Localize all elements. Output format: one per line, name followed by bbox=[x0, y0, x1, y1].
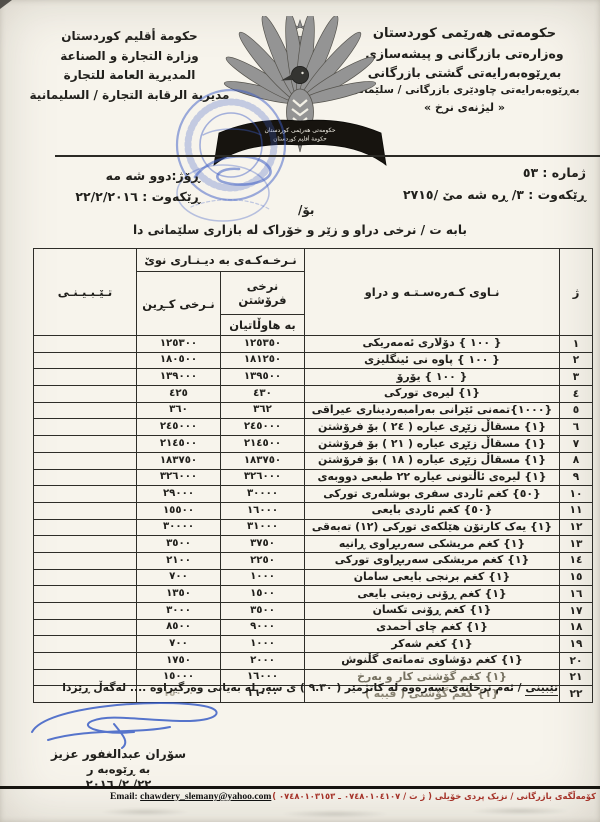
row-number: ١٣ bbox=[560, 536, 593, 553]
row-number: ٩ bbox=[560, 469, 593, 486]
item-name: {٥٠} کغم ئاردی سفری بوشلەری تورکی bbox=[305, 486, 560, 503]
buy-price: ٧٠٠ bbox=[137, 569, 221, 586]
table-row: ٢{ ١٠٠ } پاوه نی ئینگلیزی١٨١٢٥٠١٨٠٥٠٠ bbox=[34, 352, 593, 369]
note-cell bbox=[34, 402, 137, 419]
sell-price: ٢٠٠٠ bbox=[221, 653, 305, 670]
col-header-number: ژ bbox=[560, 249, 593, 336]
row-number: ١٠ bbox=[560, 486, 593, 503]
note-cell bbox=[34, 502, 137, 519]
sell-price: ١٨٣٧٥٠ bbox=[221, 452, 305, 469]
note-cell bbox=[34, 619, 137, 636]
sell-price: ١٠٠٠ bbox=[221, 636, 305, 653]
buy-price: ٣٥٠٠ bbox=[137, 536, 221, 553]
col-header-sell-sub: به هاوڵاتیان bbox=[221, 315, 305, 336]
footer-email: Email: chawdery_slemany@yahoo.com bbox=[110, 791, 271, 802]
footer-row: کۆمەڵگەی بازرگانی / نزیک پردی خۆیلی ( ژ … bbox=[110, 791, 596, 802]
signature-date: ٢٢/ ٢/ ٢٠١٦ bbox=[16, 777, 221, 791]
row-number: ٢١ bbox=[560, 669, 593, 686]
doc-meta-left: ڕۆژ:دوو شه مه ڕێکەوت : ٢٢/٢/٢٠١٦ bbox=[28, 165, 200, 207]
table-row: ١{ ١٠٠ } دۆلاری ئەمەریکی١٢٥٣٥٠١٢٥٣٠٠ bbox=[34, 336, 593, 353]
note-cell bbox=[34, 452, 137, 469]
row-number: ٧ bbox=[560, 436, 593, 453]
buy-price: ١٣٥٠ bbox=[137, 586, 221, 603]
buy-price: ٢٤٥٠٠٠ bbox=[137, 419, 221, 436]
price-table-body: ١{ ١٠٠ } دۆلاری ئەمەریکی١٢٥٣٥٠١٢٥٣٠٠٢{ ١… bbox=[34, 336, 593, 703]
row-number: ٢٢ bbox=[560, 686, 593, 703]
row-number: ١١ bbox=[560, 502, 593, 519]
scan-smudge bbox=[280, 810, 390, 818]
item-name: {١} مسقاڵ زێڕی عیاره ( ٢٤ ) بۆ فرۆشتن bbox=[305, 419, 560, 436]
row-number: ١٩ bbox=[560, 636, 593, 653]
buy-price: ٤٢٥ bbox=[137, 386, 221, 403]
item-name: {١} کغم شەکر bbox=[305, 636, 560, 653]
eagle-head bbox=[291, 66, 308, 83]
sell-price: ١٢٥٣٥٠ bbox=[221, 336, 305, 353]
sell-price: ١٠٠٠ bbox=[221, 569, 305, 586]
price-table-header: ژ نـاوی کـەرەسـتـە و دراو نـرخـەکـەی بە … bbox=[34, 249, 593, 336]
note-cell bbox=[34, 552, 137, 569]
row-number: ١٤ bbox=[560, 552, 593, 569]
row-number: ١٥ bbox=[560, 569, 593, 586]
sell-price: ١٣٩٥٠٠ bbox=[221, 369, 305, 386]
price-table: ژ نـاوی کـەرەسـتـە و دراو نـرخـەکـەی بە … bbox=[33, 248, 593, 703]
table-row: ٩{١} لیرەی ئاڵتونی عیاره ٢٢ طبعی دووبەی٣… bbox=[34, 469, 593, 486]
sell-price: ٢٤٥٠٠٠ bbox=[221, 419, 305, 436]
to-label: بۆ/ bbox=[298, 203, 314, 217]
buy-price: ٣٢٦٠٠٠ bbox=[137, 469, 221, 486]
subject-line: بابه ت / نرخی دراو و زێر و خۆراک له بازا… bbox=[0, 223, 600, 237]
sell-price: ٣٥٠٠ bbox=[221, 603, 305, 620]
item-name: {١} کغم ڕۆنی زەیتی بایعی bbox=[305, 586, 560, 603]
item-name: {١} کغم دۆشاوی تەماتەی گڵنوش bbox=[305, 653, 560, 670]
col-header-buy-price: نـرخی کـڕین bbox=[137, 272, 221, 336]
note-cell bbox=[34, 469, 137, 486]
email-label: Email: bbox=[110, 791, 138, 802]
buy-price: ١٧٥٠ bbox=[137, 653, 221, 670]
table-row: ١٢{١} یەک کارتۆن هێلکەی تورکی (١٢) تەبەق… bbox=[34, 519, 593, 536]
table-row: ٣{ ١٠٠ } یۆرۆ١٣٩٥٠٠١٣٩٠٠٠ bbox=[34, 369, 593, 386]
item-name: { ١٠٠ } یۆرۆ bbox=[305, 369, 560, 386]
row-number: ٥ bbox=[560, 402, 593, 419]
buy-price: ١٥٥٠٠ bbox=[137, 502, 221, 519]
signature-scribble-icon bbox=[18, 696, 233, 752]
table-row: ١١{٥٠} کغم ئاردی بایعی١٦٠٠٠١٥٥٠٠ bbox=[34, 502, 593, 519]
sell-price: ٢١٤٥٠٠ bbox=[221, 436, 305, 453]
note-cell bbox=[34, 586, 137, 603]
row-number: ١٨ bbox=[560, 619, 593, 636]
buy-price: ١٨٠٥٠٠ bbox=[137, 352, 221, 369]
item-name: {١} کغم چای أحمدی bbox=[305, 619, 560, 636]
buy-price: ٢١٤٥٠٠ bbox=[137, 436, 221, 453]
buy-price: ١٨٣٧٥٠ bbox=[137, 452, 221, 469]
col-header-sell-price: نرخی فرۆشتن bbox=[221, 272, 305, 315]
table-row: ١٠{٥٠} کغم ئاردی سفری بوشلەری تورکی٣٠٠٠٠… bbox=[34, 486, 593, 503]
col-header-price-group: نـرخـەکـەی بە دیـنـاری نوێ bbox=[137, 249, 305, 272]
item-name: {١} لیرەی تورکی bbox=[305, 386, 560, 403]
sell-price-label: نرخی فرۆشتن bbox=[237, 279, 289, 307]
footnote-line: تێبینی / ئەم نرخانەی سەرەوە لە کاتژمێر (… bbox=[38, 681, 558, 694]
col-header-item-name: نـاوی کـەرەسـتـە و دراو bbox=[305, 249, 560, 336]
sell-price: ١٨١٢٥٠ bbox=[221, 352, 305, 369]
signatory-title: به ڕێوەبە ر bbox=[16, 762, 221, 777]
table-row: ١٩{١} کغم شەکر١٠٠٠٧٠٠ bbox=[34, 636, 593, 653]
table-row: ١٧{١} کغم ڕۆنی تکسان٣٥٠٠٣٠٠٠ bbox=[34, 603, 593, 620]
row-number: ١٦ bbox=[560, 586, 593, 603]
row-number: ١ bbox=[560, 336, 593, 353]
table-row: ٢٠{١} کغم دۆشاوی تەماتەی گڵنوش٢٠٠٠١٧٥٠ bbox=[34, 653, 593, 670]
table-row: ١٤{١} کغم مریشکی سەربڕاوی تورکی٢٢٥٠٢١٠٠ bbox=[34, 552, 593, 569]
signature-block: سۆران عبدالغفور عزیز به ڕێوەبە ر ٢٢/ ٢/ … bbox=[16, 747, 221, 791]
buy-price: ٧٠٠ bbox=[137, 636, 221, 653]
row-number: ٢٠ bbox=[560, 653, 593, 670]
sell-price: ٣٠٠٠٠ bbox=[221, 486, 305, 503]
sell-price: ٣١٠٠٠ bbox=[221, 519, 305, 536]
krg-eagle-emblem-icon: حکومەتی هەرێمی کوردستان حكومة أقليم كورد… bbox=[205, 16, 395, 168]
signatory-name: سۆران عبدالغفور عزیز bbox=[16, 747, 221, 762]
footer-address: کۆمەڵگەی بازرگانی / نزیک پردی خۆیلی ( ژ … bbox=[272, 791, 596, 801]
footnote-label: تێبینی bbox=[525, 681, 558, 696]
doc-date-kurdish: ڕێکەوت : ٣/ ڕه شه مێ /٢٧١٥ bbox=[356, 184, 586, 206]
table-row: ٧{١} مسقاڵ زێڕی عیاره ( ٢١ ) بۆ فرۆشتن٢١… bbox=[34, 436, 593, 453]
note-cell bbox=[34, 569, 137, 586]
buy-price: ١٢٥٣٠٠ bbox=[137, 336, 221, 353]
item-name: {٥٠} کغم ئاردی بایعی bbox=[305, 502, 560, 519]
scan-corner-artifact bbox=[0, 0, 12, 9]
item-name: { ١٠٠ } دۆلاری ئەمەریکی bbox=[305, 336, 560, 353]
eagle-eye bbox=[301, 72, 303, 74]
row-number: ١٢ bbox=[560, 519, 593, 536]
header-divider-line bbox=[55, 155, 600, 157]
scan-smudge bbox=[100, 808, 190, 816]
note-cell bbox=[34, 519, 137, 536]
item-name: {١٠٠٠}تمەنی ئێرانی بەرامبەردیناری عیراقی bbox=[305, 402, 560, 419]
buy-price: ٣٠٠٠ bbox=[137, 603, 221, 620]
item-name: {١} کغم مریشکی سەربڕاوی تورکی bbox=[305, 552, 560, 569]
table-row: ١٣{١} کغم مریشکی سەربڕاوی ڕانیە٣٧٥٠٣٥٠٠ bbox=[34, 536, 593, 553]
item-name: {١} کغم برنجی بایعی سامان bbox=[305, 569, 560, 586]
row-number: ٤ bbox=[560, 386, 593, 403]
note-cell bbox=[34, 352, 137, 369]
table-row: ٦{١} مسقاڵ زێڕی عیاره ( ٢٤ ) بۆ فرۆشتن٢٤… bbox=[34, 419, 593, 436]
sell-price: ٤٣٠ bbox=[221, 386, 305, 403]
sell-price: ١٥٠٠ bbox=[221, 586, 305, 603]
row-number: ١٧ bbox=[560, 603, 593, 620]
item-name: { ١٠٠ } پاوه نی ئینگلیزی bbox=[305, 352, 560, 369]
item-name: {١} یەک کارتۆن هێلکەی تورکی (١٢) تەبەقی bbox=[305, 519, 560, 536]
doc-day: ڕۆژ:دوو شه مه bbox=[28, 165, 200, 186]
sell-price: ٣٧٥٠ bbox=[221, 536, 305, 553]
row-number: ٦ bbox=[560, 419, 593, 436]
buy-price: ٣٠٠٠٠ bbox=[137, 519, 221, 536]
table-row: ٥{١٠٠٠}تمەنی ئێرانی بەرامبەردیناری عیراق… bbox=[34, 402, 593, 419]
banner-text-arabic: حكومة أقليم كوردستان bbox=[273, 135, 327, 143]
row-number: ٨ bbox=[560, 452, 593, 469]
banner-text-kurdish: حکومەتی هەرێمی کوردستان bbox=[264, 127, 335, 134]
buy-price: ٢١٠٠ bbox=[137, 552, 221, 569]
doc-number: ژماره : ٥٣ bbox=[356, 162, 586, 184]
table-row: ١٦{١} کغم ڕۆنی زەیتی بایعی١٥٠٠١٣٥٠ bbox=[34, 586, 593, 603]
footnote-text: / ئەم نرخانەی سەرەوە لە کاتژمێر ( ٩.٣٠ )… bbox=[62, 681, 521, 694]
email-address: chawdery_slemany@yahoo.com bbox=[140, 791, 271, 802]
sell-price: ٣٦٢ bbox=[221, 402, 305, 419]
col-header-note: تـێـبـیـنـی bbox=[34, 249, 137, 336]
note-cell bbox=[34, 536, 137, 553]
table-row: ١٥{١} کغم برنجی بایعی سامان١٠٠٠٧٠٠ bbox=[34, 569, 593, 586]
sell-price: ٩٠٠٠ bbox=[221, 619, 305, 636]
buy-price: ٢٩٠٠٠ bbox=[137, 486, 221, 503]
row-number: ٢ bbox=[560, 352, 593, 369]
item-name: {١} مسقاڵ زێڕی عیاره ( ٢١ ) بۆ فرۆشتن bbox=[305, 436, 560, 453]
buy-price: ٨٥٠٠ bbox=[137, 619, 221, 636]
note-cell bbox=[34, 386, 137, 403]
sell-price: ١٦٠٠٠ bbox=[221, 502, 305, 519]
doc-meta-right: ژماره : ٥٣ ڕێکەوت : ٣/ ڕه شه مێ /٢٧١٥ bbox=[356, 162, 586, 206]
sell-price: ٣٢٦٠٠٠ bbox=[221, 469, 305, 486]
table-row: ٤{١} لیرەی تورکی٤٣٠٤٢٥ bbox=[34, 386, 593, 403]
table-row: ١٨{١} کغم چای أحمدی٩٠٠٠٨٥٠٠ bbox=[34, 619, 593, 636]
row-number: ٣ bbox=[560, 369, 593, 386]
scanned-document-page: حکومەتی هەرێمی کوردستان وەزارەتی بازرگان… bbox=[0, 0, 600, 822]
item-name: {١} کغم مریشکی سەربڕاوی ڕانیە bbox=[305, 536, 560, 553]
footer-divider-line bbox=[0, 786, 600, 789]
scan-smudge bbox=[470, 807, 570, 815]
note-cell bbox=[34, 603, 137, 620]
note-cell bbox=[34, 369, 137, 386]
note-cell bbox=[34, 636, 137, 653]
item-name: {١} مسقاڵ زێڕی عیاره ( ١٨ ) بۆ فرۆشتن bbox=[305, 452, 560, 469]
buy-price: ١٣٩٠٠٠ bbox=[137, 369, 221, 386]
item-name: {١} لیرەی ئاڵتونی عیاره ٢٢ طبعی دووبەی bbox=[305, 469, 560, 486]
note-cell bbox=[34, 419, 137, 436]
doc-date-gregorian: ڕێکەوت : ٢٢/٢/٢٠١٦ bbox=[28, 186, 200, 207]
buy-price: ٣٦٠ bbox=[137, 402, 221, 419]
sell-price: ٢٢٥٠ bbox=[221, 552, 305, 569]
table-row: ٨{١} مسقاڵ زێڕی عیاره ( ١٨ ) بۆ فرۆشتن١٨… bbox=[34, 452, 593, 469]
note-cell bbox=[34, 653, 137, 670]
note-cell bbox=[34, 336, 137, 353]
note-cell bbox=[34, 436, 137, 453]
note-cell bbox=[34, 486, 137, 503]
item-name: {١} کغم ڕۆنی تکسان bbox=[305, 603, 560, 620]
